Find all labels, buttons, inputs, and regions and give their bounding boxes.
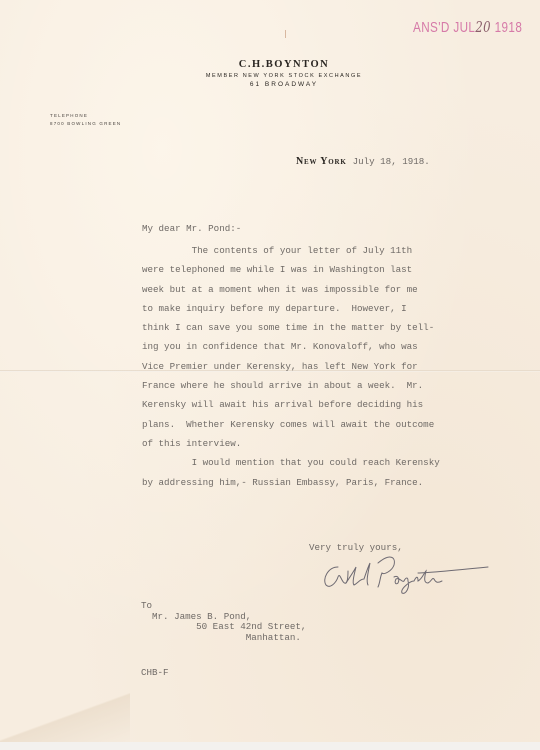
addressee-line: 50 East 42nd Street, (141, 622, 306, 633)
paper-corner-crease (0, 690, 130, 742)
body-line: of this interview. (142, 434, 502, 453)
body-line: were telephoned me while I was in Washin… (142, 260, 502, 279)
body-line: week but at a moment when it was impossi… (142, 280, 502, 299)
addressee-line: To (141, 601, 306, 612)
dateline-date: July 18, 1918. (353, 156, 430, 167)
telephone-number: 8700 BOWLING GREEN (50, 120, 121, 128)
body-line: France where he should arrive in about a… (142, 376, 502, 395)
body-line: by addressing him,- Russian Embassy, Par… (142, 473, 502, 492)
body-line: ing you in confidence that Mr. Konovalof… (142, 337, 502, 356)
handwritten-signature (318, 553, 498, 598)
received-stamp: ANS'D JUL20 1918 (413, 18, 522, 36)
reference-initials: CHB-F (141, 663, 169, 682)
letterhead-subtitle: MEMBER NEW YORK STOCK EXCHANGE (28, 73, 540, 79)
letterhead: C.H.BOYNTON MEMBER NEW YORK STOCK EXCHAN… (0, 59, 540, 88)
stamp-day: 20 (475, 18, 491, 36)
greeting: My dear Mr. Pond:- (142, 219, 241, 238)
signature-icon (318, 553, 498, 598)
telephone-block: TELEPHONE 8700 BOWLING GREEN (50, 112, 121, 128)
paper-mark (285, 30, 286, 38)
body-line: think I can save you some time in the ma… (142, 318, 502, 337)
dateline: New YorkJuly 18, 1918. (296, 151, 430, 169)
body-line: I would mention that you could reach Ker… (142, 453, 502, 472)
addressee-block: To Mr. James B. Pond, 50 East 42nd Stree… (141, 601, 306, 643)
body-line: to make inquiry before my departure. How… (142, 299, 502, 318)
letterhead-address: 61 BROADWAY (28, 81, 540, 88)
letter-page: ANS'D JUL20 1918 C.H.BOYNTON MEMBER NEW … (0, 0, 540, 742)
telephone-label: TELEPHONE (50, 112, 121, 120)
stamp-year: 1918 (495, 19, 523, 36)
addressee-line: Manhattan. (141, 633, 306, 644)
dateline-city: New York (296, 156, 347, 167)
letter-body: The contents of your letter of July 11th… (142, 241, 502, 492)
letterhead-name: C.H.BOYNTON (28, 59, 540, 70)
body-line: Kerensky will await his arrival before d… (142, 395, 502, 414)
body-line: The contents of your letter of July 11th (142, 241, 502, 260)
body-line: Vice Premier under Kerensky, has left Ne… (142, 357, 502, 376)
body-line: plans. Whether Kerensky comes will await… (142, 415, 502, 434)
stamp-prefix: ANS'D JUL (413, 19, 475, 36)
